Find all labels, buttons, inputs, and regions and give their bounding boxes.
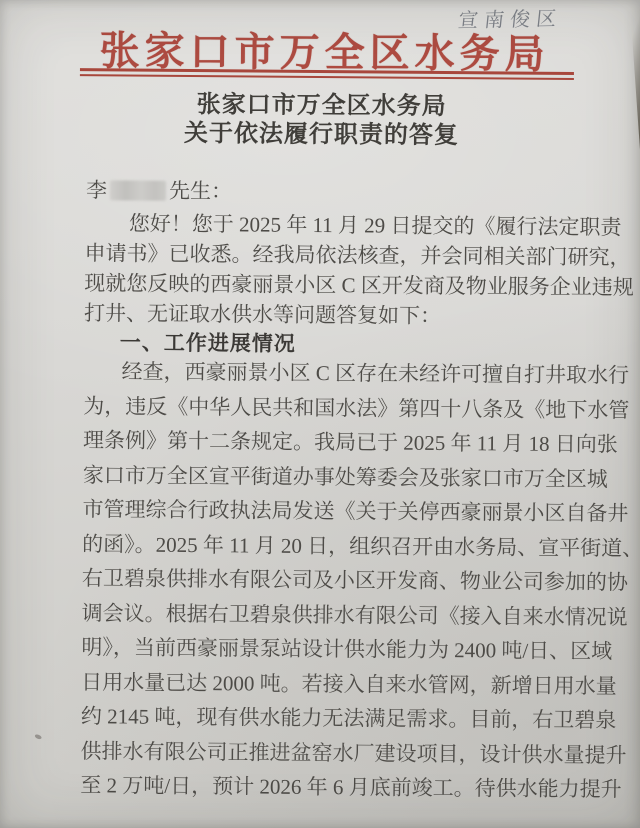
document-title: 张家口市万全区水务局 关于依法履行职责的答复 [1, 90, 640, 151]
intro-line: 现就您反映的西豪丽景小区 C 区开发商及物业服务企业违规 [84, 268, 585, 302]
body-line: 明》，当前西豪丽景泵站设计供水能力为 2400 吨/日、区域 [81, 630, 582, 668]
body-line: 右卫碧泉供排水有限公司及小区开发商、物业公司参加的协 [82, 561, 583, 599]
body-line: 为，违反《中华人民共和国水法》第四十八条及《地下水管 [83, 389, 584, 427]
section-one-body: 经查，西豪丽景小区 C 区存在未经许可擅自打井取水行 为，违反《中华人民共和国水… [80, 354, 585, 806]
paper-speck [34, 734, 42, 740]
body-line: 调会议。根据右卫碧泉供排水有限公司《接入自来水情况说 [82, 596, 583, 634]
body-line: 理条例》第十二条规定。我局已于 2025 年 11 月 18 日向张 [83, 423, 584, 461]
salutation-suffix: 先生： [169, 179, 232, 203]
body-line: 约 2145 吨，现有供水能力无法满足需求。目前，右卫碧泉 [81, 699, 582, 737]
body-line: 市管理综合行政执法局发送《关于关停西豪丽景小区自备井 [82, 492, 583, 530]
salutation: 李先生： [86, 174, 232, 205]
intro-line: 您好！您于 2025 年 11 月 29 日提交的《履行法定职责 [85, 208, 586, 242]
document-title-line1: 张家口市万全区水务局 [2, 90, 640, 122]
document-page: 宣南俊区 张家口市万全区水务局 张家口市万全区水务局 关于依法履行职责的答复 李… [0, 0, 640, 828]
redacted-name [110, 180, 166, 200]
intro-line: 申请书》已收悉。经我局依法核查，并会同相关部门研究， [84, 238, 585, 272]
salutation-surname: 李 [86, 178, 107, 202]
intro-line: 打井、无证取水供水等问题答复如下： [84, 298, 585, 332]
body-line: 供排水有限公司正推进盆窑水厂建设项目，设计供水量提升 [80, 734, 581, 772]
body-line: 的函》。2025 年 11 月 20 日，组织召开由水务局、宣平街道、 [82, 527, 583, 565]
body-line: 家口市万全区宣平街道办事处筹委会及张家口市万全区城 [83, 458, 584, 496]
body-line: 日用水量已达 2000 吨。若接入自来水管网，新增日用水量 [81, 665, 582, 703]
body-line: 经查，西豪丽景小区 C 区存在未经许可擅自打井取水行 [83, 354, 584, 392]
body-line: 至 2 万吨/日，预计 2026 年 6 月底前竣工。待供水能力提升 [80, 768, 581, 806]
intro-paragraph: 您好！您于 2025 年 11 月 29 日提交的《履行法定职责 申请书》已收悉… [84, 208, 586, 362]
document-title-line2: 关于依法履行职责的答复 [1, 119, 640, 151]
document-photo: 宣南俊区 张家口市万全区水务局 张家口市万全区水务局 关于依法履行职责的答复 李… [0, 0, 640, 828]
